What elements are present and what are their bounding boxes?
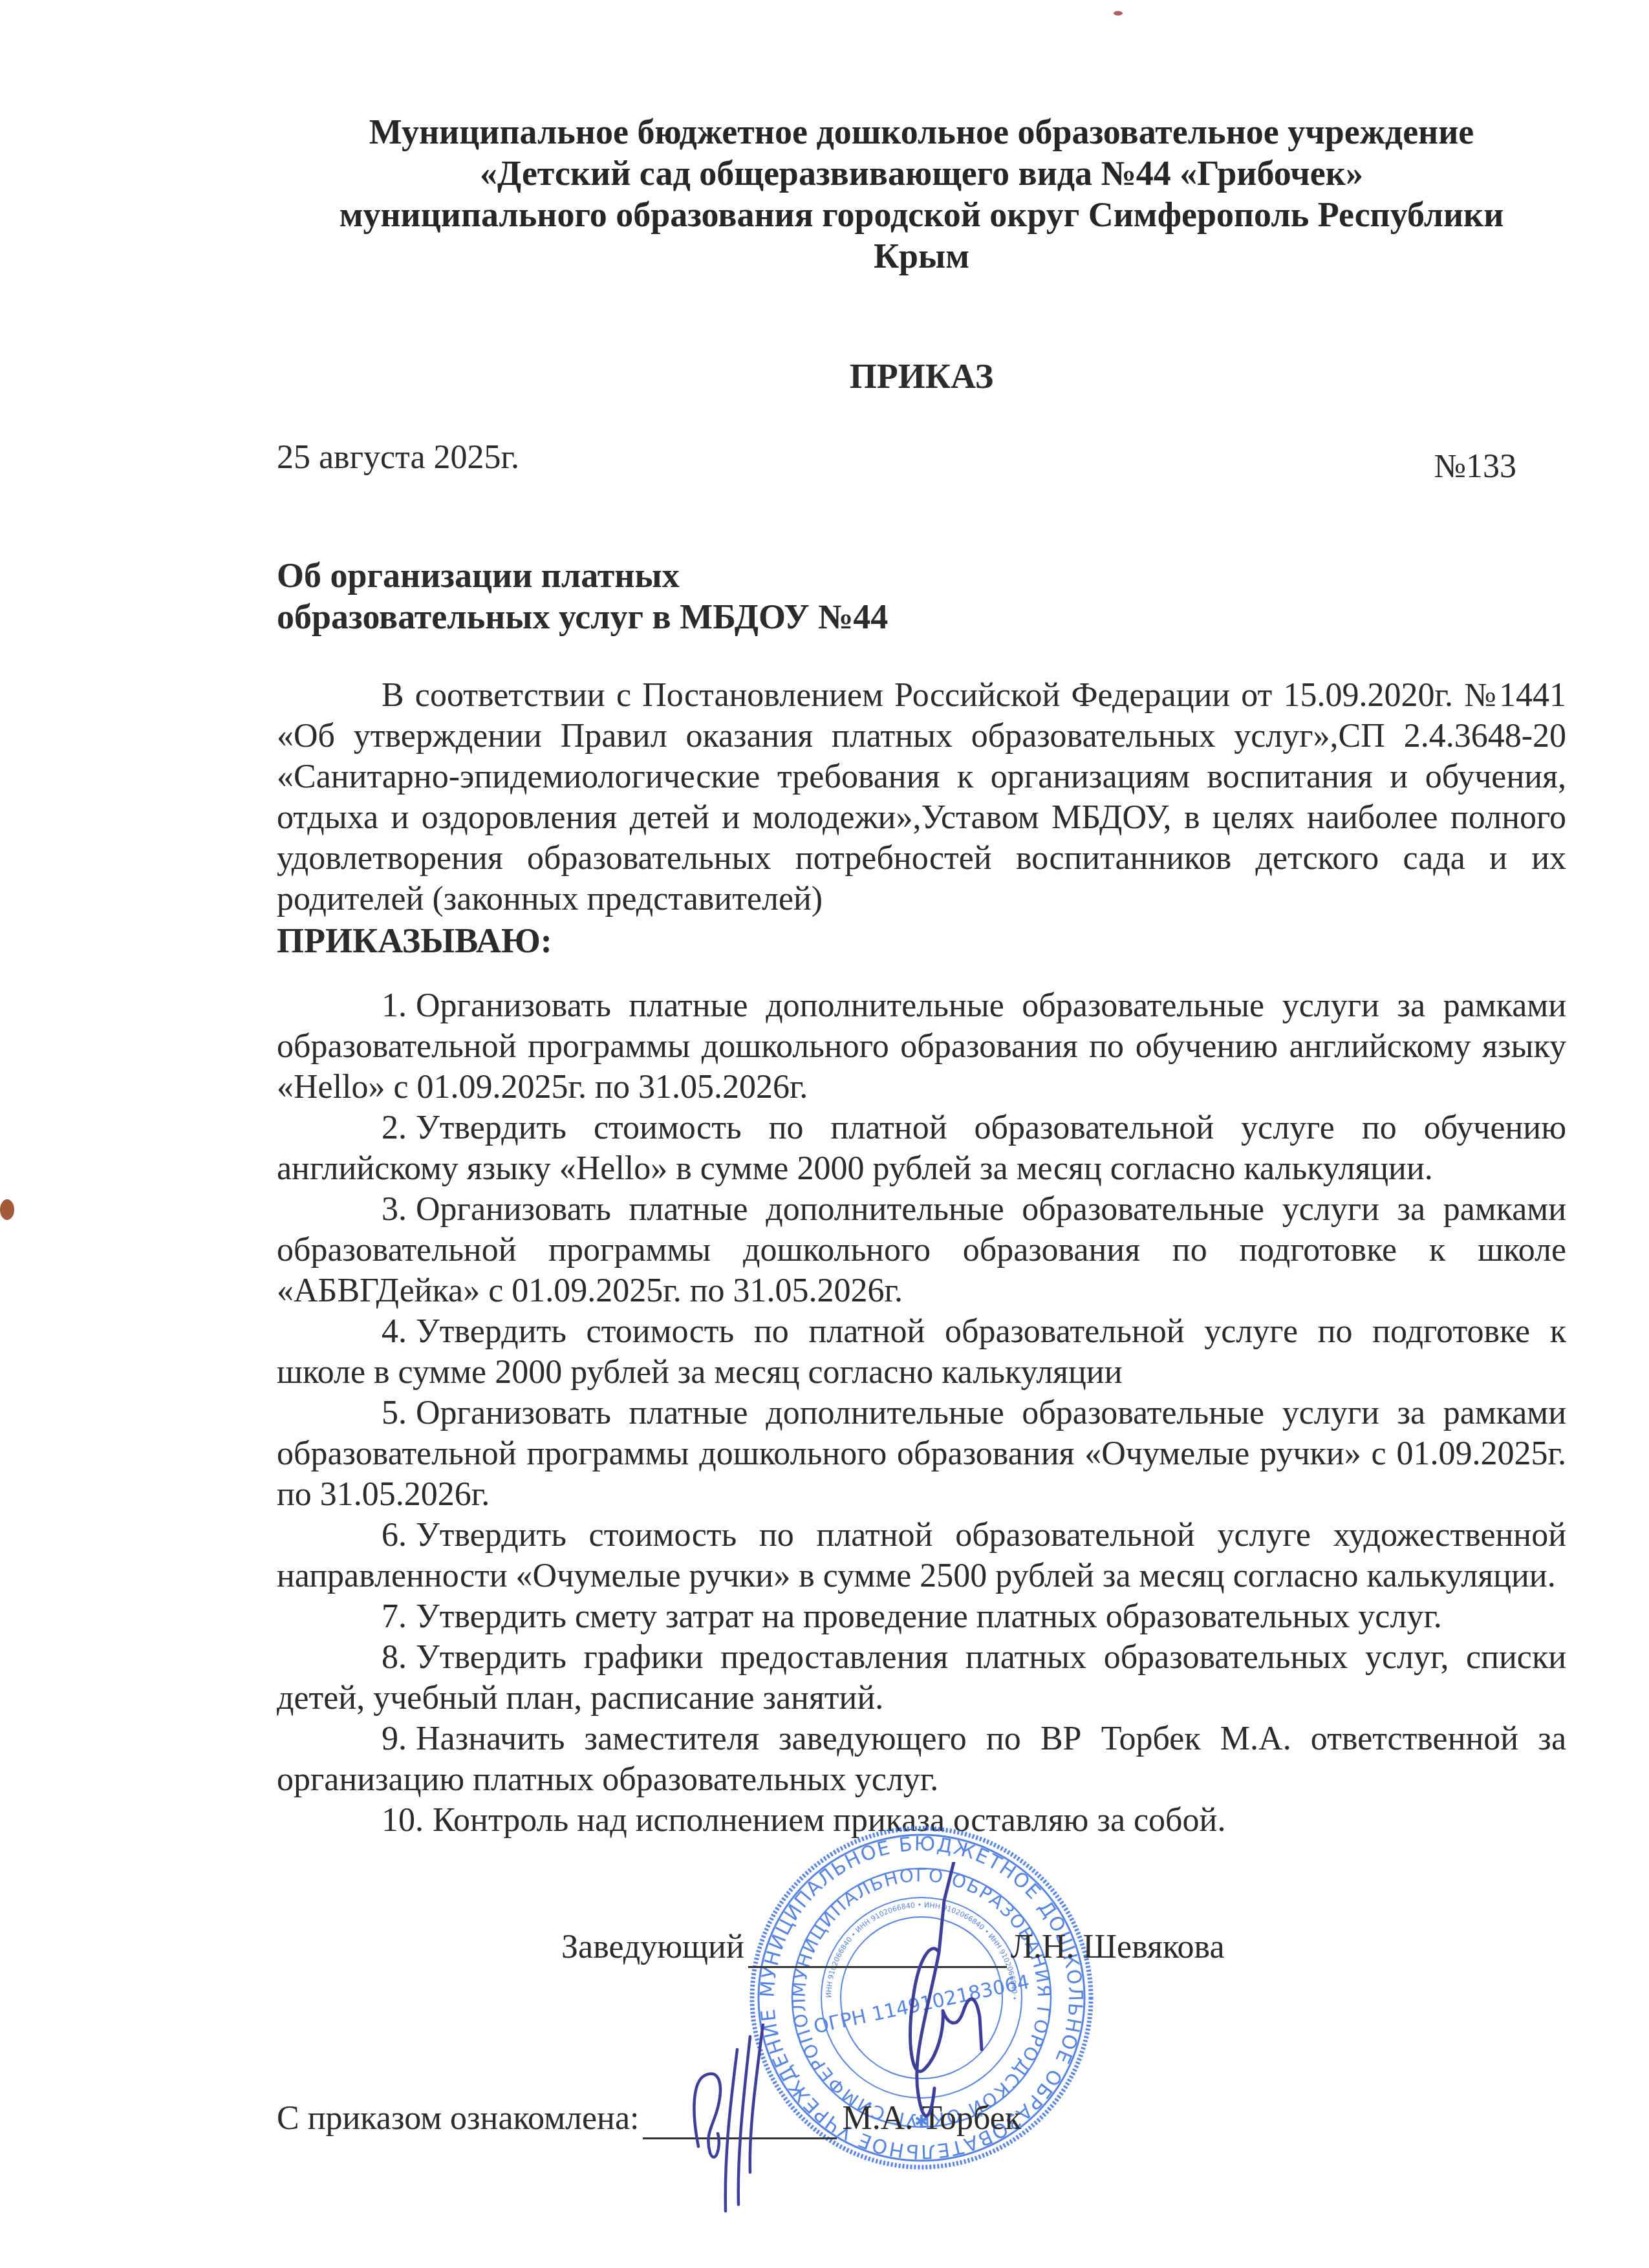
ink-blot-left-margin: [0, 1199, 14, 1220]
stamp-center-ogrn: ОГРН 1149102183064: [812, 1971, 1031, 2038]
item-text: Утвердить стоимость по платной образоват…: [277, 1517, 1566, 1594]
order-directive-word: ПРИКАЗЫВАЮ:: [277, 919, 1566, 962]
document-type-title: ПРИКАЗ: [272, 356, 1571, 397]
order-item: 7.Утвердить смету затрат на проведение п…: [277, 1596, 1566, 1637]
item-text: Утвердить смету затрат на проведение пла…: [416, 1598, 1442, 1635]
item-number: 7.: [382, 1598, 407, 1635]
item-text: Организовать платные дополнительные обра…: [277, 1191, 1566, 1309]
preamble: В соответствии с Постановлением Российск…: [277, 675, 1566, 919]
item-number: 8.: [382, 1639, 407, 1676]
order-item: 4.Утвердить стоимость по платной образов…: [277, 1311, 1566, 1393]
order-item: 1.Организовать платные дополнительные об…: [277, 985, 1566, 1107]
acknowledgement-block: С приказом ознакомлена:М.А. Торбек: [277, 2098, 1021, 2139]
order-body: В соответствии с Постановлением Российск…: [277, 675, 1566, 1841]
item-number: 9.: [382, 1720, 407, 1757]
acknowledgement-label: С приказом ознакомлена:: [277, 2100, 639, 2137]
item-text: Утвердить графики предоставления платных…: [277, 1639, 1566, 1717]
item-number: 1.: [382, 987, 407, 1024]
subject-line-1: Об организации платных: [277, 555, 888, 596]
item-number: 6.: [382, 1517, 407, 1554]
item-text: Организовать платные дополнительные обра…: [277, 1395, 1566, 1513]
header-line-3: муниципального образования городской окр…: [272, 194, 1571, 235]
order-date: 25 августа 2025г.: [277, 437, 519, 478]
head-title: Заведующий: [561, 1929, 744, 1965]
order-items-list: 1.Организовать платные дополнительные об…: [277, 985, 1566, 1841]
ink-speck-top: [1114, 11, 1123, 16]
order-item: 9.Назначить заместителя заведующего по В…: [277, 1718, 1566, 1800]
item-text: Назначить заместителя заведующего по ВР …: [277, 1720, 1566, 1798]
item-text: Утвердить стоимость по платной образоват…: [277, 1109, 1566, 1187]
order-item: 6.Утвердить стоимость по платной образов…: [277, 1515, 1566, 1596]
header-line-1: Муниципальное бюджетное дошкольное образ…: [272, 111, 1571, 153]
order-item: 2.Утвердить стоимость по платной образов…: [277, 1107, 1566, 1189]
item-number: 10.: [382, 1802, 424, 1839]
acknowledged-name: М.А. Торбек: [842, 2100, 1021, 2137]
header-line-4: Крым: [272, 235, 1571, 277]
institution-header: Муниципальное бюджетное дошкольное образ…: [272, 111, 1571, 277]
order-number: №133: [1434, 446, 1516, 487]
order-subject: Об организации платных образовательных у…: [277, 555, 888, 637]
order-item: 5.Организовать платные дополнительные об…: [277, 1393, 1566, 1515]
item-number: 4.: [382, 1313, 407, 1350]
signature-line: [643, 2105, 837, 2139]
subject-line-2: образовательных услуг в МБДОУ №44: [277, 596, 888, 637]
order-item: 8.Утвердить графики предоставления платн…: [277, 1637, 1566, 1718]
header-line-2: «Детский сад общеразвивающего вида №44 «…: [272, 153, 1571, 194]
head-name: Л.Н. Шевякова: [1011, 1929, 1225, 1965]
item-number: 3.: [382, 1191, 407, 1228]
item-number: 2.: [382, 1109, 407, 1146]
document-page: Муниципальное бюджетное дошкольное образ…: [0, 0, 1649, 2268]
item-text: Организовать платные дополнительные обра…: [277, 987, 1566, 1106]
item-text: Утвердить стоимость по платной образоват…: [277, 1313, 1566, 1391]
signature-line: [748, 1934, 1007, 1968]
order-item: 3.Организовать платные дополнительные об…: [277, 1189, 1566, 1311]
item-number: 5.: [382, 1395, 407, 1431]
head-signature-block: ЗаведующийЛ.Н. Шевякова: [561, 1927, 1225, 1968]
